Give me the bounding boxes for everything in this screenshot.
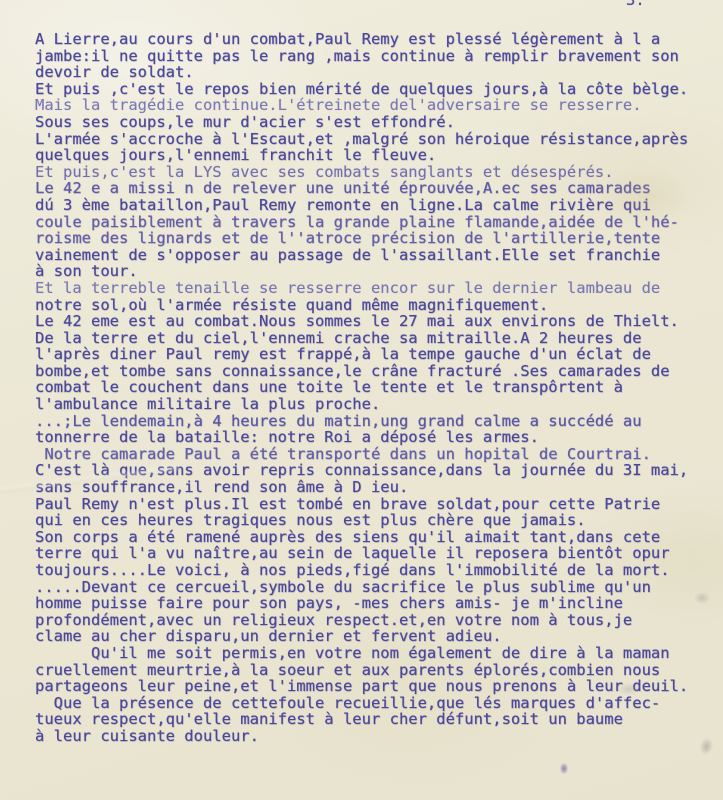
- text-line: .....Devant ce cercueil,symbole du sacri…: [35, 579, 715, 596]
- pencil-smudge: [694, 592, 710, 604]
- text-line: tueux respect,qu'elle manifest à leur ch…: [35, 711, 715, 728]
- page-number: 3.: [626, 0, 645, 9]
- text-line: Sous ses coups,le mur d'acier s'est effo…: [35, 114, 715, 131]
- text-line: cruellement meurtrie,à la soeur et aux p…: [35, 662, 715, 679]
- text-line: clame au cher disparu,un dernier et ferv…: [35, 628, 715, 645]
- text-line: ...;Le lendemain,à 4 heures du matin,ung…: [35, 413, 715, 430]
- text-line: sans souffrance,il rend son âme à D ieu.: [35, 479, 715, 496]
- text-line: combat le couchent dans une toite le ten…: [35, 379, 715, 396]
- text-line: notre sol,où l'armée résiste quand même …: [35, 297, 715, 314]
- text-line: Que la présence de cettefoule recueillie…: [35, 695, 715, 712]
- text-line: Mais la tragédie continue.L'étreinete de…: [35, 97, 715, 114]
- text-line: L'armée s'accroche à l'Escaut,et ,malgré…: [35, 131, 715, 148]
- text-line: quelques jours,l'ennemi franchit le fleu…: [35, 147, 715, 164]
- text-line: à son tour.: [35, 263, 715, 280]
- text-line: jambe:il ne quitte pas le rang ,mais con…: [35, 48, 715, 65]
- text-line: toujours....Le voici, à nos pieds,figé d…: [35, 562, 715, 579]
- text-line: profondément,avec un religieux respect.e…: [35, 612, 715, 629]
- text-line: terre qui l'a vu naître,au sein de laque…: [35, 545, 715, 562]
- pencil-smudge: [618, 683, 640, 695]
- text-line: qui en ces heures tragiques nous est plu…: [35, 512, 715, 529]
- text-line: à leur cuisante douleur.: [35, 728, 715, 745]
- text-line: partageons leur peine,et l'immense part …: [35, 678, 715, 695]
- text-line: Paul Remy n'est plus.Il est tombé en bra…: [35, 496, 715, 513]
- text-line: roisme des lignards et de l''atroce préc…: [35, 230, 715, 247]
- text-line: bombe,et tombe sans connaissance,le crân…: [35, 363, 715, 380]
- text-line: Et la terreble tenaille se resserre enco…: [35, 280, 715, 297]
- text-line: Son corps a été ramené auprès des siens …: [35, 529, 715, 546]
- text-line: l'après diner Paul remy est frappé,à la …: [35, 346, 715, 363]
- paper-stain: [596, 168, 696, 226]
- text-line: l'ambulance militaire la plus proche.: [35, 396, 715, 413]
- text-line: devoir de soldat.: [35, 64, 715, 81]
- text-line: vainement de s'opposer au passage de l'a…: [35, 247, 715, 264]
- text-line: De la terre et du ciel,l'ennemi crache s…: [35, 330, 715, 347]
- text-line: Qu'il me soit permis,en votre nom égalem…: [35, 645, 715, 662]
- ink-dot: [560, 763, 568, 774]
- text-line: homme puisse faire pour son pays, -mes c…: [35, 595, 715, 612]
- text-line: tonnerre de la bataille: notre Roi a dép…: [35, 429, 715, 446]
- text-line: A Lierre,au cours d'un combat,Paul Remy …: [35, 31, 715, 48]
- document-page: 3. A Lierre,au cours d'un combat,Paul Re…: [0, 0, 723, 800]
- text-line: Le 42 eme est au combat.Nous sommes le 2…: [35, 313, 715, 330]
- text-line: Et puis ,c'est le repos bien mérité de q…: [35, 81, 715, 98]
- text-block: A Lierre,au cours d'un combat,Paul Remy …: [35, 31, 715, 745]
- text-line: Notre camarade Paul a été transporté dan…: [35, 446, 715, 463]
